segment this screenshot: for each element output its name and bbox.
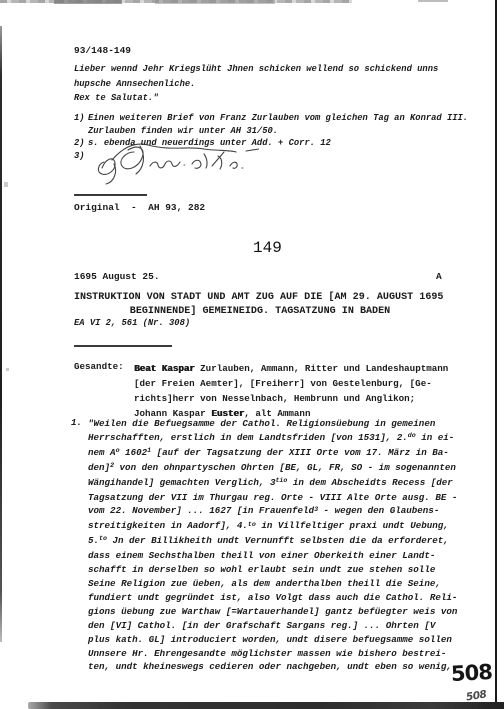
entry-title: INSTRUKTION VON STADT UND AMT ZUG AUF DI…: [74, 291, 446, 318]
scan-artifact-top-edge: [418, 0, 448, 2]
entry-series-letter: A: [436, 271, 442, 282]
delegates-label: Gesandte:: [74, 361, 124, 372]
footnote-marker: 1): [74, 112, 88, 125]
source-reference-line: Original - AH 93, 282: [74, 202, 205, 213]
footnote-separator-rule: [74, 194, 147, 196]
scan-artifact-left-edge: [0, 26, 2, 642]
handwritten-folio-number-large: 508: [450, 660, 492, 686]
scanned-page: 93/148-149 Lieber wennd Jehr Kriegslüht …: [0, 0, 504, 709]
edition-reference: EA VI 2, 561 (Nr. 308): [74, 318, 190, 328]
handwriting-icon: [84, 138, 259, 188]
scan-smudge: [6, 368, 9, 371]
entry-date: 1695 August 25.: [74, 271, 160, 282]
footnote-1: 1) Einen weiteren Brief von Franz Zurlau…: [74, 112, 468, 137]
paragraph-number: 1.: [71, 417, 82, 428]
delegates-list: Beat Kaspar Zurlauben, Ammann, Ritter un…: [134, 361, 448, 421]
scan-smudge: [4, 182, 8, 187]
paragraph-body: "Weilen die Befuegsamme der Cathol. Reli…: [88, 417, 457, 674]
footnote-text: Einen weiteren Brief von Franz Zurlauben…: [88, 112, 468, 137]
section-separator-rule: [74, 345, 172, 347]
scan-artifact-top-edge: [54, 0, 122, 4]
scan-artifact-bottom-edge: [28, 702, 504, 709]
scan-artifact-top-edge: [155, 0, 275, 4]
archive-reference: 93/148-149: [74, 45, 131, 56]
entry-title-line-2: BEGINNENDE] GEMEINEIDG. TAGSATZUNG IN BA…: [74, 305, 446, 319]
quoted-letter-excerpt: Lieber wennd Jehr Kriegslüht Jhnen schic…: [74, 62, 438, 106]
book-page-number: 149: [253, 239, 282, 257]
signature-scrawl: [84, 138, 259, 188]
entry-title-line-1: INSTRUKTION VON STADT UND AMT ZUG AUF DI…: [74, 291, 446, 305]
scan-artifact-right-edge: [495, 0, 497, 709]
